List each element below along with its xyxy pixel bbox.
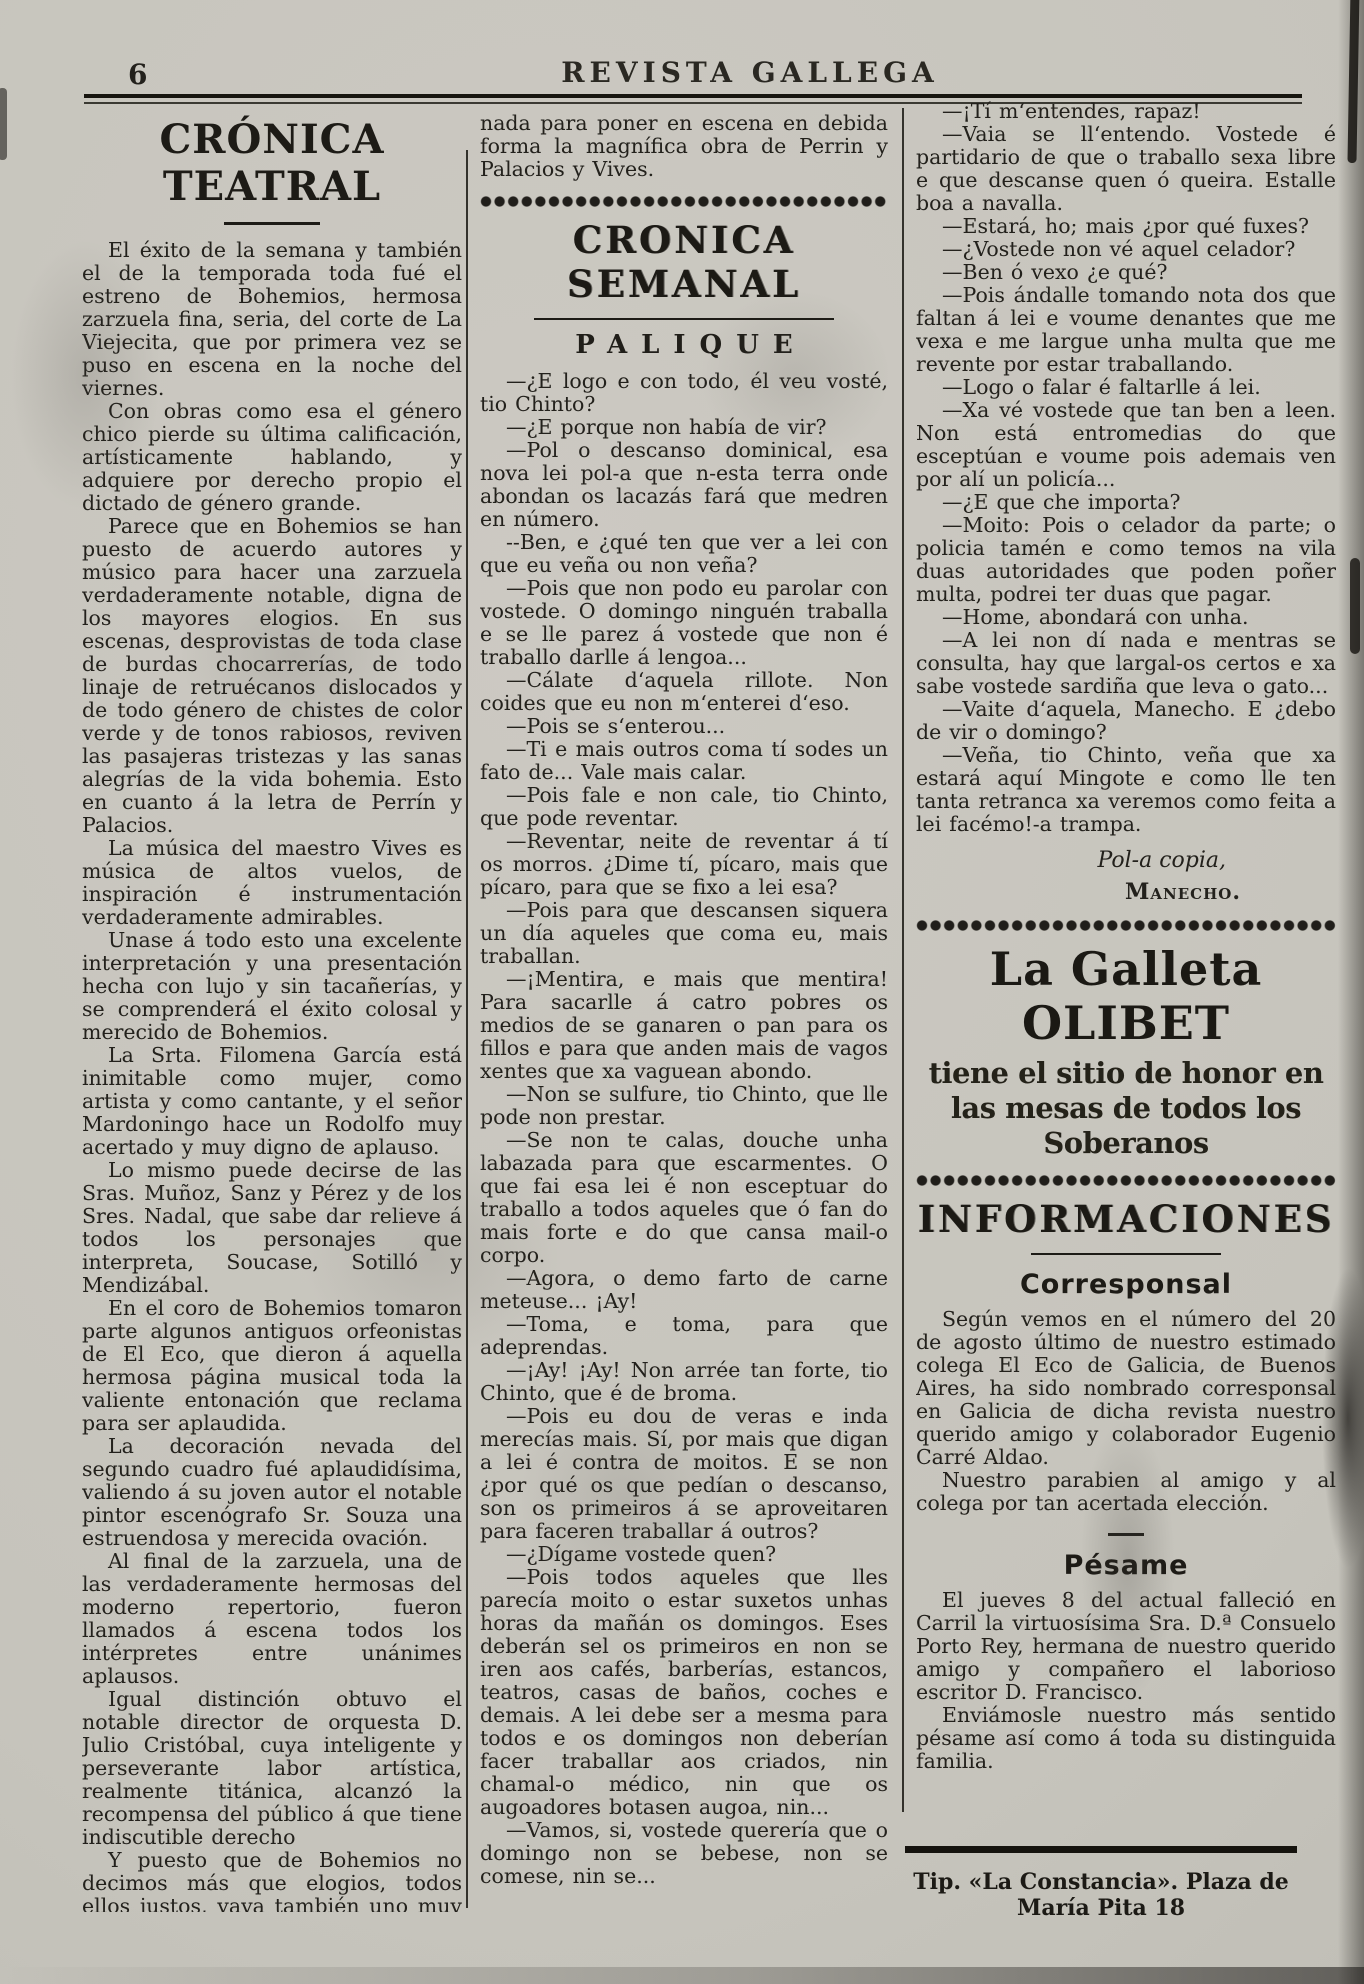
section-title-rule [534,318,834,320]
corresponsal-body: Según vemos en el número del 20 de agost… [916,1308,1336,1515]
dialogue-line: —Agora, o demo farto de carne meteuse...… [480,1267,888,1313]
section-divider-dash [1108,1533,1144,1536]
dialogue-line: —Vaia se ll‘entendo. Vostede é partidari… [916,123,1336,215]
dialogue-line: —Moito: Pois o celador da parte; o polic… [916,514,1336,606]
dialogue-line: —Pois ándalle tomando nota dos que falta… [916,284,1336,376]
dialogue-line: --Ben, e ¿qué ten que ver a lei con que … [480,531,888,577]
paragraph: El jueves 8 del actual falleció en Carri… [916,1589,1336,1704]
pesame-body: El jueves 8 del actual falleció en Carri… [916,1589,1336,1773]
newspaper-page: 6 REVISTA GALLEGA CRÓNICA TEATRAL El éxi… [0,0,1364,1984]
column-cronica-teatral: CRÓNICA TEATRAL El éxito de la semana y … [82,112,462,1912]
column-right: —¡Tí m‘entendes, rapaz!—Vaia se ll‘enten… [916,100,1336,1836]
dialogue-line: —Pois para que descansen siquera un día … [480,899,888,968]
section-title-cronica-semanal: CRONICA SEMANAL [480,218,888,306]
dialogue-line: —Home, abondará con unha. [916,606,1336,629]
paragraph: Según vemos en el número del 20 de agost… [916,1308,1336,1469]
edge-mark [0,88,7,160]
dialogue-line: —¿E logo e con todo, él veu vosté, tio C… [480,370,888,416]
dialogue-line: —Toma, e toma, para que adeprendas. [480,1313,888,1359]
bead-ornament [480,195,888,208]
bead-ornament [916,1174,1336,1187]
title-rule [224,222,320,225]
signature: Manecho. [916,879,1241,905]
dialogue-line: —Ti e mais outros coma tí sodes un fato … [480,738,888,784]
palique-dialogue-continued: —¡Tí m‘entendes, rapaz!—Vaia se ll‘enten… [916,100,1336,836]
paragraph: Parece que en Bohemios se han puesto de … [82,515,462,837]
imprint-rule [905,1846,1297,1853]
dialogue-line: —A lei non dí nada e mentras se consulta… [916,629,1336,698]
paragraph: La decoración nevada del segundo cuadro … [82,1435,462,1550]
binding-mark [1350,558,1360,654]
imprint: Tip. «La Constancia». Plaza de María Pit… [905,1869,1297,1921]
article-title-cronica-teatral: CRÓNICA TEATRAL [82,116,462,210]
dialogue-line: —Estará, ho; mais ¿por qué fuxes? [916,215,1336,238]
column-divider-right [902,108,904,1812]
paragraph: Lo mismo puede decirse de las Sras. Muño… [82,1159,462,1297]
dialogue-line: —Reventar, neite de reventar á tí os mor… [480,830,888,899]
dialogue-line: —Logo o falar é faltarlle á lei. [916,376,1336,399]
column-cronica-semanal: nada para poner en escena en debida form… [480,112,888,1922]
dialogue-line: —¿E que che importa? [916,491,1336,514]
dialogue-line: —Pois se s‘enterou... [480,715,888,738]
subsection-heading-pesame: Pésame [916,1550,1336,1581]
dialogue-line: —¿Vostede non vé aquel celador? [916,238,1336,261]
column-divider-left [466,150,468,1908]
dialogue-line: —Pois fale e non cale, tio Chinto, que p… [480,784,888,830]
section-subtitle-palique: PALIQUE [480,330,888,360]
dialogue-line: —Se non te calas, douche unha labazada p… [480,1129,888,1267]
paragraph: Y puesto que de Bohemios no decimos más … [82,1849,462,1912]
page-number: 6 [128,58,147,91]
ad-subtitle-olibet: tiene el sitio de honor en las mesas de … [924,1056,1328,1160]
dialogue-line: —¡Ay! ¡Ay! Non arrée tan forte, tio Chin… [480,1359,888,1405]
paragraph: Con obras como esa el género chico pierd… [82,400,462,515]
carryover-paragraph: nada para poner en escena en debida form… [480,112,888,181]
dialogue-line: —Vaite d‘aquela, Manecho. E ¿debo de vir… [916,698,1336,744]
dialogue-line: —Xa vé vostede que tan ben a leen. Non e… [916,399,1336,491]
masthead-rule-thick [84,94,1302,98]
dialogue-line: —Pois todos aqueles que lles parecía moi… [480,1566,888,1819]
imprint-block: Tip. «La Constancia». Plaza de María Pit… [905,1846,1297,1921]
masthead: REVISTA GALLEGA [300,56,1200,89]
dialogue-line: —Vamos, si, vostede querería que o domin… [480,1819,888,1888]
page-edge-shadow [1338,0,1364,1984]
paragraph: La música del maestro Vives es música de… [82,837,462,929]
section-title-informaciones: INFORMACIONES [916,1197,1336,1241]
binding-mark [1347,0,1359,163]
dialogue-line: —¡Tí m‘entendes, rapaz! [916,100,1336,123]
paragraph: La Srta. Filomena García está inimitable… [82,1044,462,1159]
paragraph: Nuestro parabien al amigo y al colega po… [916,1469,1336,1515]
dialogue-line: —Non se sulfure, tio Chinto, que lle pod… [480,1083,888,1129]
palique-dialogue: —¿E logo e con todo, él veu vosté, tio C… [480,370,888,1888]
bottom-edge-shadow [0,1967,1364,1984]
ad-title-olibet: La Galleta OLIBET [916,942,1336,1050]
dialogue-line: —Veña, tio Chinto, veña que xa estará aq… [916,744,1336,836]
paragraph: El éxito de la semana y también el de la… [82,239,462,400]
paragraph: Unase á todo esto una excelente interpre… [82,929,462,1044]
dialogue-line: —Pol o descanso dominical, esa nova lei … [480,439,888,531]
subsection-heading-corresponsal: Corresponsal [916,1269,1336,1300]
paragraph: Al final de la zarzuela, una de las verd… [82,1550,462,1688]
article-body-cronica-teatral: El éxito de la semana y también el de la… [82,239,462,1912]
paragraph: Enviámosle nuestro más sentido pésame as… [916,1704,1336,1773]
dialogue-line: —Pois que non podo eu parolar con vosted… [480,577,888,669]
signature-lead: Pol-a copia, [916,848,1226,873]
paragraph: Igual distinción obtuvo el notable direc… [82,1688,462,1849]
dialogue-line: —Pois eu dou de veras e inda merecías ma… [480,1405,888,1543]
bead-ornament [916,919,1336,932]
dialogue-line: —¿E porque non había de vir? [480,416,888,439]
dialogue-line: —Ben ó vexo ¿e qué? [916,261,1336,284]
section-title-rule [1031,1253,1221,1255]
dialogue-line: —¡Mentira, e mais que mentira! Para saca… [480,968,888,1083]
dialogue-line: —Cálate d‘aquela rillote. Non coides que… [480,669,888,715]
paragraph: En el coro de Bohemios tomaron parte alg… [82,1297,462,1435]
dialogue-line: —¿Dígame vostede quen? [480,1543,888,1566]
